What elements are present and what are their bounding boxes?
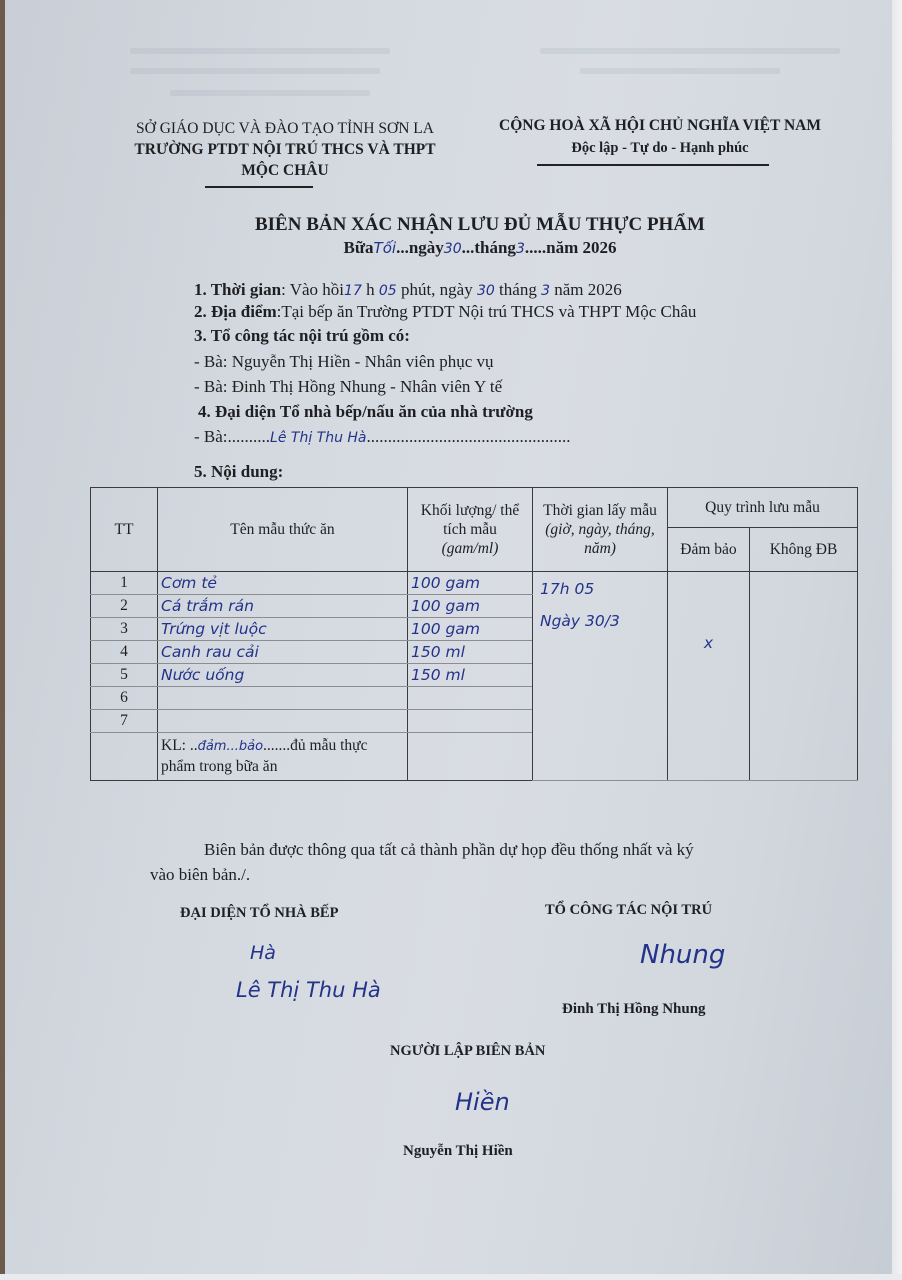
month-label: ...tháng [462,238,516,257]
row-number: 6 [91,687,158,710]
closing-line2: vào biên bản./. [150,865,250,885]
kitchen-signature: Hà [250,942,276,964]
recorder-signature: Hiền [455,1088,510,1116]
food-name: Cá trắm rán [158,595,408,618]
document-subtitle: BữaTối...ngày30...tháng3.....năm 2026 [180,238,780,258]
col-header-weight-text: Khối lượng/ thể tích mẫu [411,501,529,539]
food-weight: 150 ml [408,664,533,687]
show-through-text [540,48,840,54]
conclusion-value: đảm...bảo [198,739,263,754]
issuer-header: SỞ GIÁO DỤC VÀ ĐÀO TẠO TỈNH SƠN LA TRƯỜN… [95,118,475,181]
col-header-time-text: Thời gian lấy mẫu [543,502,657,519]
school-name-line2: MỘC CHÂU [95,160,475,181]
minute-unit: phút, ngày [397,280,473,299]
year-label: .....năm 2026 [525,238,617,257]
row-number: 1 [91,572,158,595]
section-content-label: 5. Nội dung: [194,462,283,482]
hour-value: 17 [344,283,362,299]
kitchen-rep-dots: ........................................… [367,427,571,446]
food-weight: 100 gam [408,572,533,595]
section-kitchen-label: 4. Đại diện Tổ nhà bếp/nấu ăn của nhà tr… [198,402,533,422]
conclusion-weight-cell [408,733,533,781]
national-motto: Độc lập - Tự do - Hạnh phúc [470,137,850,159]
sample-time-cell: 17h 05 Ngày 30/3 [533,572,668,781]
row-number: 7 [91,710,158,733]
col-header-sample-time: Thời gian lấy mẫu (giờ, ngày, tháng, năm… [533,488,668,572]
month-value: 3 [541,283,550,299]
kitchen-signature-name: Lê Thị Thu Hà [236,978,381,1002]
section-location-label: 2. Địa điểm [194,302,277,321]
ok-checkmark: x [704,634,713,652]
header-divider-left [205,186,313,188]
process-not-ok-cell [750,572,858,781]
food-name: Nước uống [158,664,408,687]
food-name [158,710,408,733]
col-header-ok: Đảm bảo [668,528,750,572]
meal-label: Bữa [344,238,374,257]
header-divider-right [537,164,769,166]
hour-unit: h [362,280,375,299]
food-weight: 100 gam [408,595,533,618]
recorder-name: Nguyễn Thị Hiền [403,1143,513,1160]
paper-edge-right [892,0,902,1280]
country-name: CỘNG HOÀ XÃ HỘI CHỦ NGHĨA VIỆT NAM [470,115,850,137]
closing-line1: Biên bản được thông qua tất cả thành phầ… [204,840,694,860]
show-through-text [130,48,390,54]
food-weight [408,687,533,710]
col-header-process: Quy trình lưu mẫu [668,488,858,528]
kitchen-rep-prefix: - Bà:.......... [194,427,270,446]
school-name-line1: TRƯỜNG PTDT NỘI TRÚ THCS VÀ THPT [95,139,475,160]
col-header-tt: TT [91,488,158,572]
year-label: năm 2026 [550,280,622,299]
conclusion-tt-cell [91,733,158,781]
section-time: 1. Thời gian: Vào hồi17 h 05 phút, ngày … [194,280,622,300]
food-name: Trứng vịt luộc [158,618,408,641]
row-number: 4 [91,641,158,664]
sample-time: 17h 05 [536,580,664,598]
row-number: 2 [91,595,158,618]
food-weight: 150 ml [408,641,533,664]
department-name: SỞ GIÁO DỤC VÀ ĐÀO TẠO TỈNH SƠN LA [95,118,475,139]
food-name: Cơm tẻ [158,572,408,595]
col-header-time-format: (giờ, ngày, tháng, năm) [545,521,654,557]
national-header: CỘNG HOÀ XÃ HỘI CHỦ NGHĨA VIỆT NAM Độc l… [470,115,850,159]
team-member: - Bà: Nguyễn Thị Hiền - Nhân viên phục v… [194,352,493,372]
minute-value: 05 [379,283,397,299]
section-team-label: 3. Tổ công tác nội trú gồm có: [194,326,410,346]
food-name [158,687,408,710]
table-row: 1 Cơm tẻ 100 gam 17h 05 Ngày 30/3 x [91,572,858,595]
conclusion-cell: KL: ..đảm...bảo.......đủ mẫu thực phẩm t… [158,733,408,781]
conclusion-prefix: KL: .. [161,737,198,754]
boarding-signature: Nhung [640,940,725,970]
meal-value: Tối [374,239,397,257]
paper-edge-left [0,0,5,1280]
day-value: 30 [444,241,462,257]
food-name: Canh rau cải [158,641,408,664]
show-through-text [130,68,380,74]
kitchen-representative: - Bà:..........Lê Thị Thu Hà............… [194,427,571,447]
food-sample-table: TT Tên mẫu thức ăn Khối lượng/ thể tích … [90,487,858,781]
food-weight [408,710,533,733]
process-ok-cell: x [668,572,750,781]
section-time-label: 1. Thời gian [194,280,281,299]
month-label: tháng [495,280,537,299]
col-header-food-name: Tên mẫu thức ăn [158,488,408,572]
section-location: 2. Địa điểm:Tại bếp ăn Trường PTDT Nội t… [194,302,696,322]
section-time-text: : Vào hồi [281,280,344,299]
team-member: - Bà: Đinh Thị Hồng Nhung - Nhân viên Y … [194,377,502,397]
day-value: 30 [477,283,495,299]
col-header-weight-unit: (gam/ml) [411,539,529,558]
sample-date: Ngày 30/3 [536,612,664,630]
row-number: 3 [91,618,158,641]
recorder-signature-title: NGƯỜI LẬP BIÊN BẢN [390,1043,545,1060]
month-value: 3 [516,241,525,257]
paper-edge-bottom [0,1274,902,1280]
food-weight: 100 gam [408,618,533,641]
section-location-text: :Tại bếp ăn Trường PTDT Nội trú THCS và … [277,302,697,321]
kitchen-rep-name: Lê Thị Thu Hà [270,430,366,446]
boarding-signature-title: TỔ CÔNG TÁC NỘI TRÚ [545,902,712,919]
document-title: BIÊN BẢN XÁC NHẬN LƯU ĐỦ MẪU THỰC PHẨM [180,214,780,236]
col-header-weight: Khối lượng/ thể tích mẫu (gam/ml) [408,488,533,572]
kitchen-signature-title: ĐẠI DIỆN TỔ NHÀ BẾP [180,905,338,922]
col-header-not-ok: Không ĐB [750,528,858,572]
row-number: 5 [91,664,158,687]
show-through-text [580,68,780,74]
day-label: ...ngày [396,238,444,257]
boarding-signer-name: Đinh Thị Hồng Nhung [562,1001,706,1018]
show-through-text [170,90,370,96]
